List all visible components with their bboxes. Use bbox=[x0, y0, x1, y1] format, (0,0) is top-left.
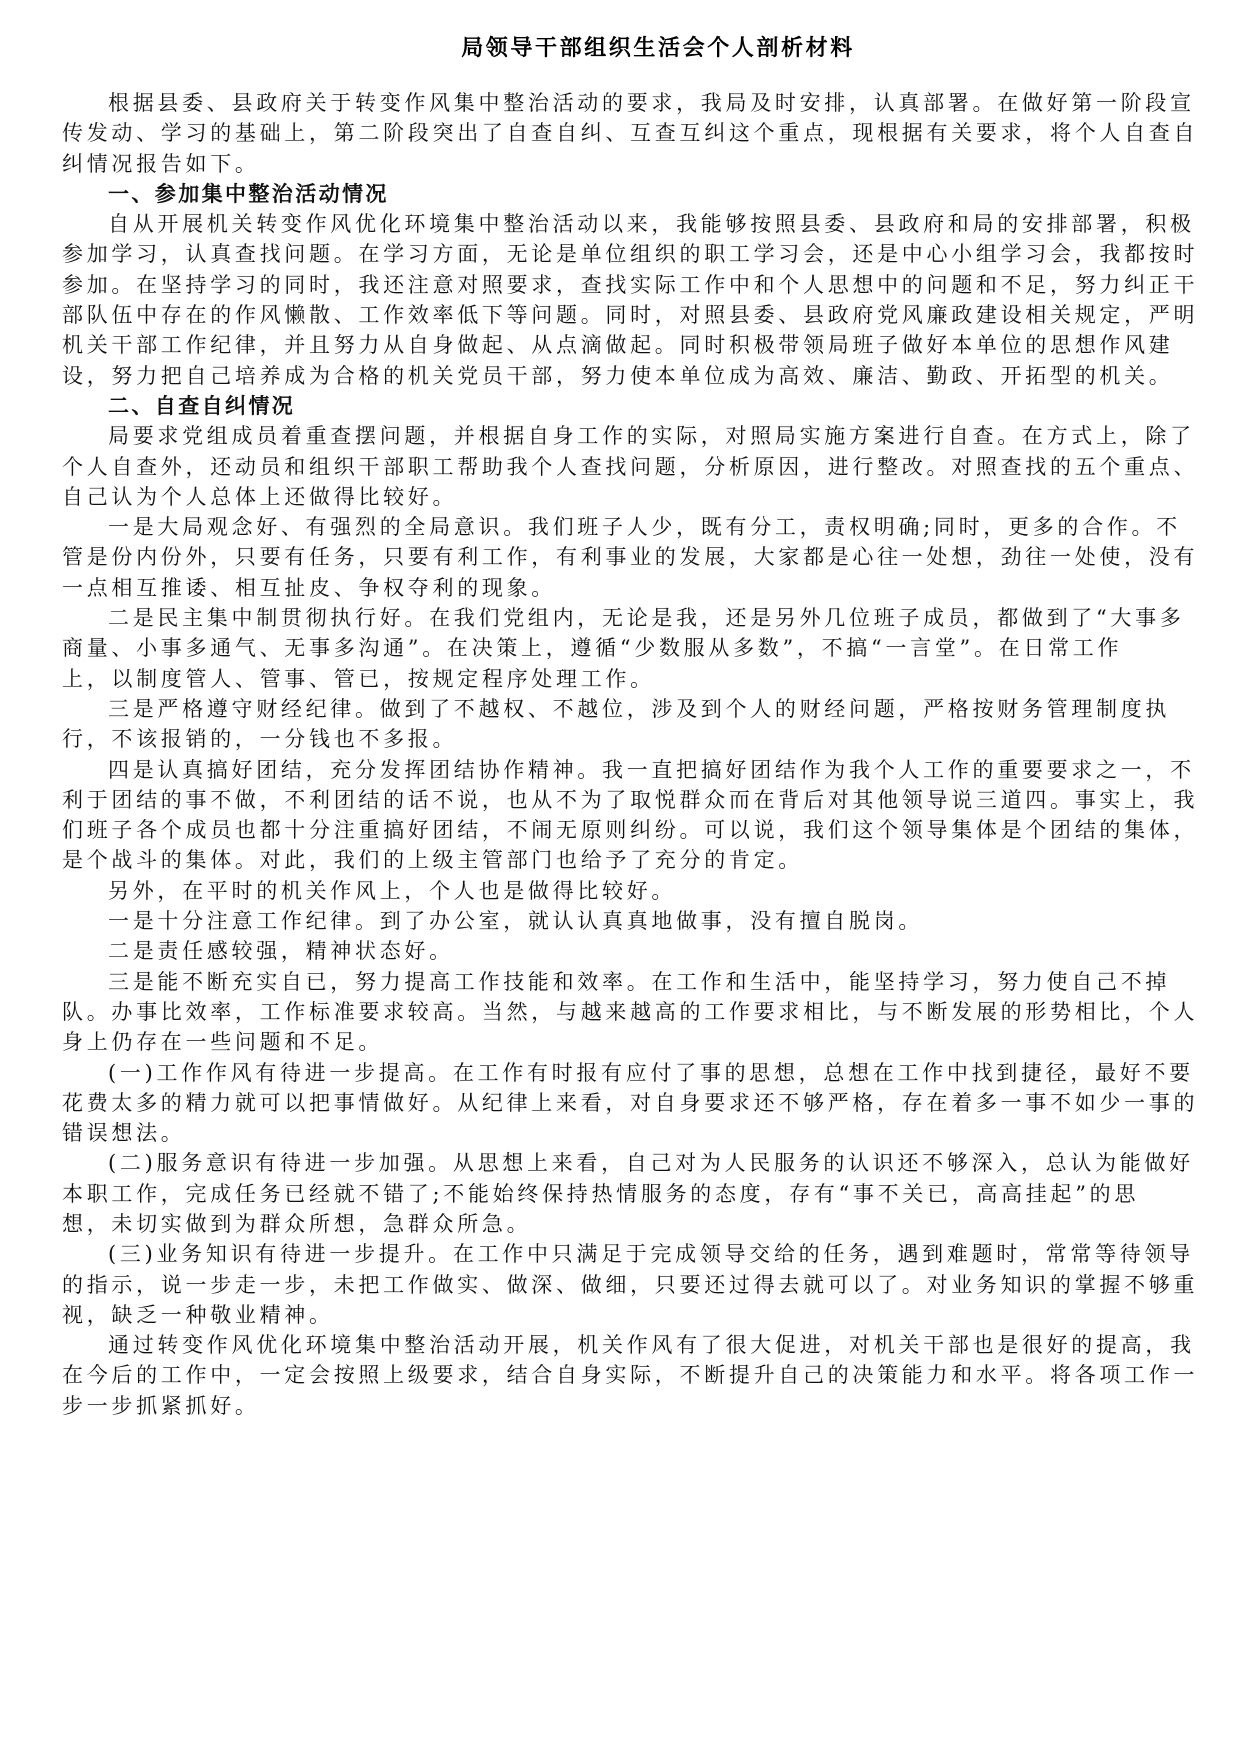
paragraph-line: 设，努力把自己培养成为合格的机关党员干部，努力使本单位成为高效、廉洁、勤政、开拓… bbox=[62, 361, 1212, 391]
paragraph-line: 一是大局观念好、有强烈的全局意识。我们班子人少，既有分工，责权明确;同时，更多的… bbox=[62, 512, 1212, 542]
paragraph-line: 四是认真搞好团结，充分发挥团结协作精神。我一直把搞好团结作为我个人工作的重要要求… bbox=[62, 755, 1212, 785]
paragraph-line: 上，以制度管人、管事、管已，按规定程序处理工作。 bbox=[62, 664, 1212, 694]
document-body: 根据县委、县政府关于转变作风集中整治活动的要求，我局及时安排，认真部署。在做好第… bbox=[62, 88, 1212, 1421]
paragraph-line: 是个战斗的集体。对此，我们的上级主管部门也给予了充分的肯定。 bbox=[62, 845, 1212, 875]
section-heading: 二、自查自纠情况 bbox=[62, 391, 1212, 421]
paragraph-line: 局要求党组成员着重查摆问题，并根据自身工作的实际，对照局实施方案进行自查。在方式… bbox=[62, 421, 1212, 451]
paragraph-line: 三是能不断充实自已，努力提高工作技能和效率。在工作和生活中，能坚持学习，努力使自… bbox=[62, 967, 1212, 997]
paragraph-line: 纠情况报告如下。 bbox=[62, 149, 1212, 179]
paragraph-line: 视，缺乏一种敬业精神。 bbox=[62, 1300, 1212, 1330]
paragraph-line: 自从开展机关转变作风优化环境集中整治活动以来，我能够按照县委、县政府和局的安排部… bbox=[62, 209, 1212, 239]
document-title: 局领导干部组织生活会个人剖析材料 bbox=[0, 34, 1240, 64]
paragraph-line: 机关干部工作纪律，并且努力从自身做起、从点滴做起。同时积极带领局班子做好本单位的… bbox=[62, 330, 1212, 360]
paragraph-line: 传发动、学习的基础上，第二阶段突出了自查自纠、互查互纠这个重点，现根据有关要求，… bbox=[62, 118, 1212, 148]
paragraph-line: (一)工作作风有待进一步提高。在工作有时报有应付了事的思想，总想在工作中找到捷径… bbox=[62, 1058, 1212, 1088]
paragraph-line: 在今后的工作中，一定会按照上级要求，结合自身实际，不断提升自己的决策能力和水平。… bbox=[62, 1360, 1212, 1390]
paragraph-line: 二是责任感较强，精神状态好。 bbox=[62, 936, 1212, 966]
paragraph-line: 参加。在坚持学习的同时，我还注意对照要求，查找实际工作中和个人思想中的问题和不足… bbox=[62, 270, 1212, 300]
paragraph-line: 参加学习，认真查找问题。在学习方面，无论是单位组织的职工学习会，还是中心小组学习… bbox=[62, 239, 1212, 269]
document-page: 局领导干部组织生活会个人剖析材料 根据县委、县政府关于转变作风集中整治活动的要求… bbox=[0, 0, 1240, 1754]
paragraph-line: 管是份内份外，只要有任务，只要有利工作，有利事业的发展，大家都是心往一处想，劲往… bbox=[62, 542, 1212, 572]
paragraph-line: (三)业务知识有待进一步提升。在工作中只满足于完成领导交给的任务，遇到难题时，常… bbox=[62, 1239, 1212, 1269]
paragraph-line: 步一步抓紧抓好。 bbox=[62, 1391, 1212, 1421]
paragraph-line: 想，未切实做到为群众所想，急群众所急。 bbox=[62, 1209, 1212, 1239]
paragraph-line: 通过转变作风优化环境集中整治活动开展，机关作风有了很大促进，对机关干部也是很好的… bbox=[62, 1330, 1212, 1360]
paragraph-line: 根据县委、县政府关于转变作风集中整治活动的要求，我局及时安排，认真部署。在做好第… bbox=[62, 88, 1212, 118]
paragraph-line: 的指示，说一步走一步，未把工作做实、做深、做细，只要还过得去就可以了。对业务知识… bbox=[62, 1270, 1212, 1300]
paragraph-line: 二是民主集中制贯彻执行好。在我们党组内，无论是我，还是另外几位班子成员，都做到了… bbox=[62, 603, 1212, 633]
paragraph-line: 自己认为个人总体上还做得比较好。 bbox=[62, 482, 1212, 512]
paragraph-line: 队。办事比效率，工作标准要求较高。当然，与越来越高的工作要求相比，与不断发展的形… bbox=[62, 997, 1212, 1027]
paragraph-line: 一点相互推诿、相互扯皮、争权夺利的现象。 bbox=[62, 573, 1212, 603]
section-heading: 一、参加集中整治活动情况 bbox=[62, 179, 1212, 209]
paragraph-line: 利于团结的事不做，不利团结的话不说，也从不为了取悦群众而在背后对其他领导说三道四… bbox=[62, 785, 1212, 815]
paragraph-line: 一是十分注意工作纪律。到了办公室，就认认真真地做事，没有擅自脱岗。 bbox=[62, 906, 1212, 936]
paragraph-line: 错误想法。 bbox=[62, 1118, 1212, 1148]
paragraph-line: 花费太多的精力就可以把事情做好。从纪律上来看，对自身要求还不够严格，存在着多一事… bbox=[62, 1088, 1212, 1118]
paragraph-line: 三是严格遵守财经纪律。做到了不越权、不越位，涉及到个人的财经问题，严格按财务管理… bbox=[62, 694, 1212, 724]
paragraph-line: (二)服务意识有待进一步加强。从思想上来看，自己对为人民服务的认识还不够深入，总… bbox=[62, 1148, 1212, 1178]
paragraph-line: 们班子各个成员也都十分注重搞好团结，不闹无原则纠纷。可以说，我们这个领导集体是个… bbox=[62, 815, 1212, 845]
paragraph-line: 行，不该报销的，一分钱也不多报。 bbox=[62, 724, 1212, 754]
paragraph-line: 另外，在平时的机关作风上，个人也是做得比较好。 bbox=[62, 876, 1212, 906]
paragraph-line: 部队伍中存在的作风懒散、工作效率低下等问题。同时，对照县委、县政府党风廉政建设相… bbox=[62, 300, 1212, 330]
paragraph-line: 本职工作，完成任务已经就不错了;不能始终保持热情服务的态度，存有“事不关已，高高… bbox=[62, 1179, 1212, 1209]
paragraph-line: 商量、小事多通气、无事多沟通”。在决策上，遵循“少数服从多数”，不搞“一言堂”。… bbox=[62, 633, 1212, 663]
paragraph-line: 身上仍存在一些问题和不足。 bbox=[62, 1027, 1212, 1057]
paragraph-line: 个人自查外，还动员和组织干部职工帮助我个人查找问题，分析原因，进行整改。对照查找… bbox=[62, 452, 1212, 482]
